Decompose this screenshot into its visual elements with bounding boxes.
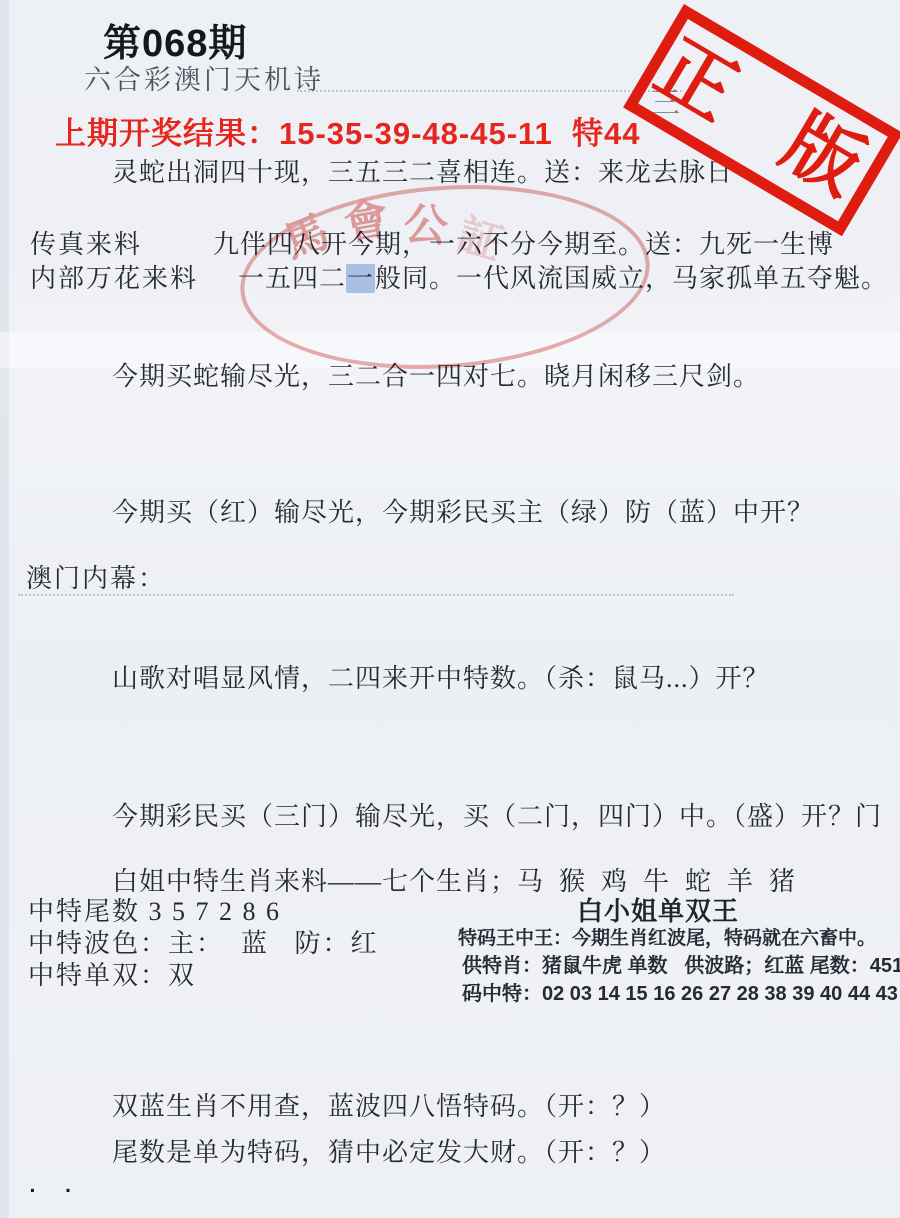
internal-poem: 一五四二一般同。一代风流国威立，马家孤单五夺魁。 — [238, 258, 888, 295]
fax-source-label: 传真来料 — [30, 224, 142, 261]
fax-poem: 九伴四八开今期，一六不分今期至。送：九死一生博 — [213, 224, 834, 261]
color-poem: 今期买（红）输尽光，今期彩民买主（绿）防（蓝）中开？ — [112, 492, 814, 529]
door-poem: 今期彩民买（三门）输尽光，买（二门，四门）中。（盛）开？门 — [112, 796, 882, 833]
internal-source-label: 内部万花来料 — [30, 258, 198, 295]
internal-poem-suffix: 般同。一代风流国威立，马家孤单五夺魁。 — [375, 264, 888, 293]
dotted-rule-insider — [18, 594, 734, 596]
footer-poem-1: 双蓝生肖不用查，蓝波四八悟特码。（开：？） — [112, 1086, 666, 1123]
lady-block-line3: 码中特：02 03 14 15 16 26 27 28 38 39 40 44 … — [462, 977, 898, 1006]
footer-poem-2: 尾数是单为特码，猜中必定发大财。（开：？） — [112, 1132, 666, 1169]
lady-block-line2: 供特肖：猪鼠牛虎 单数 供波路；红蓝 尾数：4512 — [462, 949, 900, 978]
stat-odd-even: 中特单双：双 — [28, 955, 196, 992]
snake-poem: 今期买蛇输尽光，三二合一四对七。晓月闲移三尺剑。 — [112, 356, 760, 393]
authentic-stamp: 正 版 — [623, 4, 900, 236]
poem-line-1: 灵蛇出洞四十现，三五三二喜相连。送：来龙去脉日 — [112, 152, 733, 189]
page-edge-shadow — [0, 0, 9, 1218]
internal-poem-prefix: 一五四二 — [238, 264, 346, 293]
page-subtitle: 六合彩澳门天机诗 — [84, 58, 324, 97]
internal-poem-highlight: 一 — [346, 264, 375, 293]
song-poem: 山歌对唱显风情，二四来开中特数。（杀：鼠马...）开？ — [112, 658, 770, 695]
last-draw-result: 上期开奖结果：15-35-39-48-45-11 特44 — [55, 108, 641, 153]
authentic-stamp-text: 正 版 — [629, 20, 898, 221]
lottery-tip-sheet: 第068期 六合彩澳门天机诗 三 上期开奖结果：15-35-39-48-45-1… — [0, 0, 900, 1218]
dotted-rule-top — [297, 90, 682, 92]
insider-label: 澳门内幕： — [26, 558, 166, 595]
footer-dots: . . — [27, 1176, 81, 1197]
lady-block-line1: 特码王中王：今期生肖红波尾，特码就在六畜中。 — [458, 923, 876, 950]
